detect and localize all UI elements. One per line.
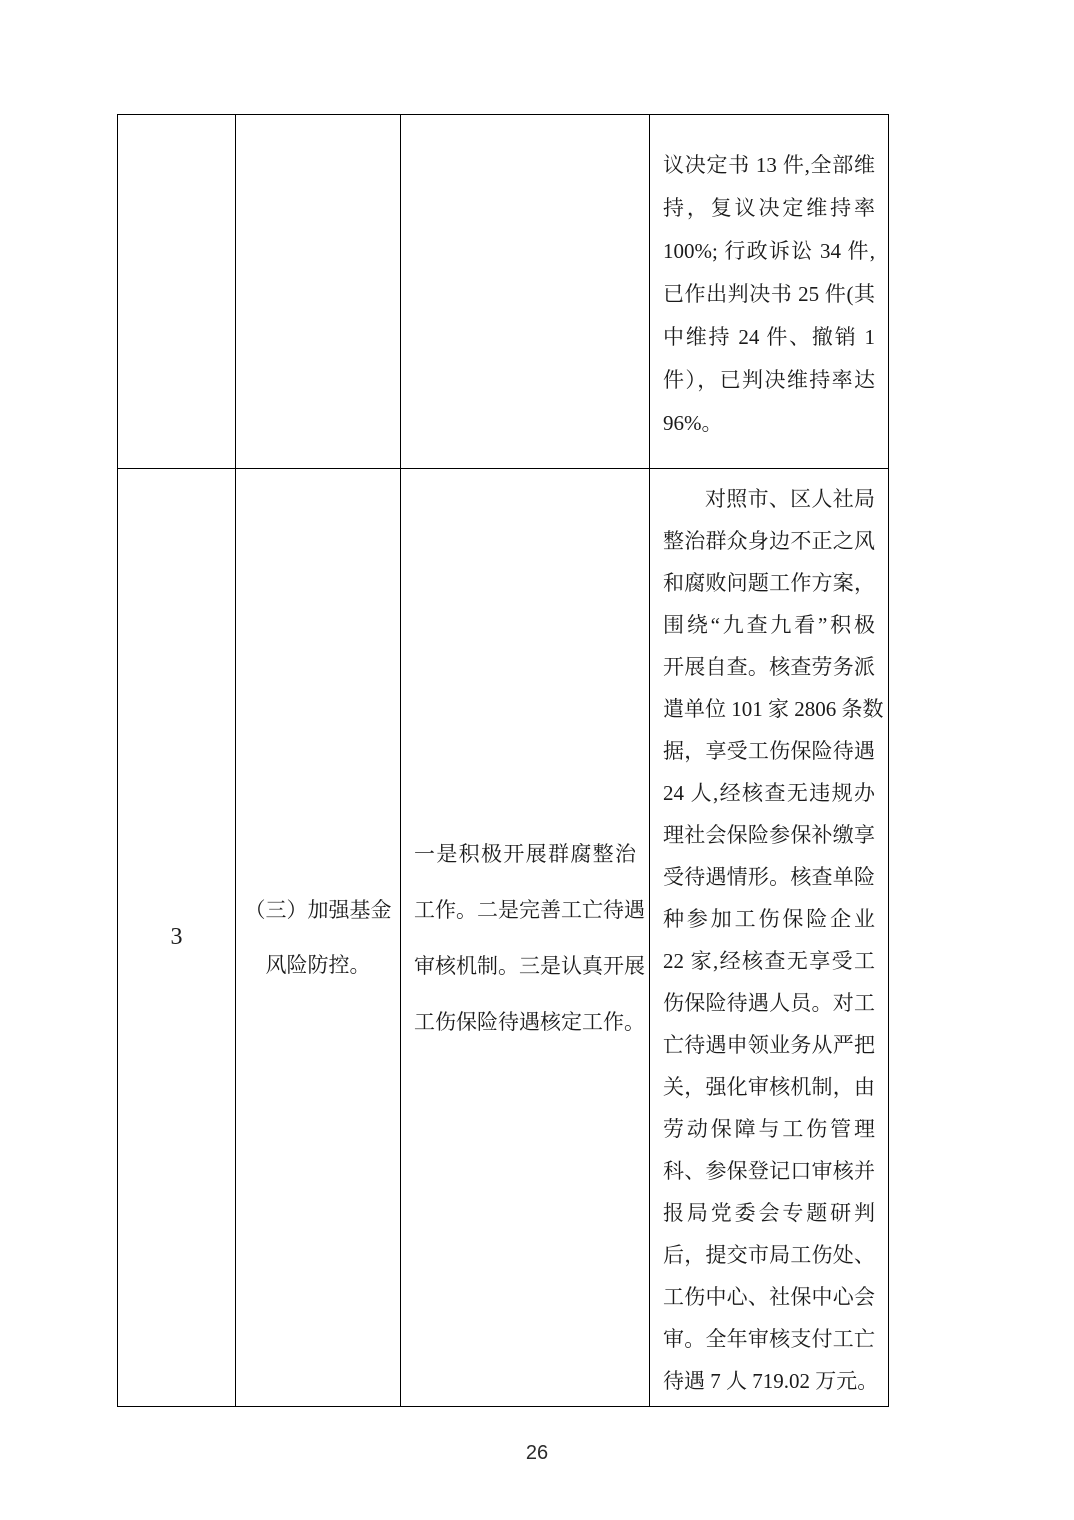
text-line: 96%。 <box>663 402 875 445</box>
text-line: 遣单位 101 家 2806 条数 <box>663 688 875 730</box>
document-page: 议决定书 13 件,全部维持，复议决定维持率100%; 行政诉讼 34 件,已作… <box>0 0 1074 1520</box>
category-lines: （三）加强基金风险防控。 <box>242 883 394 993</box>
text-line: 件），已判决维持率达 <box>663 359 875 402</box>
cell-category: （三）加强基金风险防控。 <box>236 469 401 1407</box>
text-line: 种参加工伤保险企业 <box>663 898 875 940</box>
text-line: 24 人,经核查无违规办 <box>663 772 875 814</box>
text-line: 持，复议决定维持率 <box>663 187 875 230</box>
text-line: 工伤中心、社保中心会 <box>663 1276 875 1318</box>
text-line: 报局党委会专题研判 <box>663 1192 875 1234</box>
text-line: 据，享受工伤保险待遇 <box>663 730 875 772</box>
text-line: 100%; 行政诉讼 34 件, <box>663 230 875 273</box>
text-line: 开展自查。核查劳务派 <box>663 646 875 688</box>
text-line: 后，提交市局工伤处、 <box>663 1234 875 1276</box>
text-line: 风险防控。 <box>242 938 394 993</box>
text-line: 已作出判决书 25 件(其 <box>663 273 875 316</box>
result-lines: 议决定书 13 件,全部维持，复议决定维持率100%; 行政诉讼 34 件,已作… <box>663 144 875 445</box>
text-line: 伤保险待遇人员。对工 <box>663 982 875 1024</box>
text-line: （三）加强基金 <box>242 883 394 938</box>
text-line: 理社会保险参保补缴享 <box>663 814 875 856</box>
cell-measures-empty <box>401 115 650 469</box>
text-line: 工伤保险待遇核定工作。 <box>414 994 636 1050</box>
text-line: 围绕“九查九看”积极 <box>663 604 875 646</box>
text-line: 待遇 7 人 719.02 万元。 <box>663 1360 875 1402</box>
text-line: 审核机制。三是认真开展 <box>414 938 636 994</box>
text-line: 和腐败问题工作方案， <box>663 562 875 604</box>
text-line: 中维持 24 件、撤销 1 <box>663 316 875 359</box>
text-line: 科、参保登记口审核并 <box>663 1150 875 1192</box>
cell-result: 对照市、区人社局整治群众身边不正之风和腐败问题工作方案，围绕“九查九看”积极开展… <box>650 469 889 1407</box>
cell-measures: 一是积极开展群腐整治工作。二是完善工亡待遇审核机制。三是认真开展工伤保险待遇核定… <box>401 469 650 1407</box>
text-line: 一是积极开展群腐整治 <box>414 826 636 882</box>
text-line: 受待遇情形。核查单险 <box>663 856 875 898</box>
measures-lines: 一是积极开展群腐整治工作。二是完善工亡待遇审核机制。三是认真开展工伤保险待遇核定… <box>414 826 636 1050</box>
text-line: 议决定书 13 件,全部维 <box>663 144 875 187</box>
cell-seq-empty <box>118 115 236 469</box>
table-row-3: 3 （三）加强基金风险防控。 一是积极开展群腐整治工作。二是完善工亡待遇审核机制… <box>118 469 889 1407</box>
text-line: 整治群众身边不正之风 <box>663 520 875 562</box>
text-line: 工作。二是完善工亡待遇 <box>414 882 636 938</box>
table-row-continuation: 议决定书 13 件,全部维持，复议决定维持率100%; 行政诉讼 34 件,已作… <box>118 115 889 469</box>
result-lines: 对照市、区人社局整治群众身边不正之风和腐败问题工作方案，围绕“九查九看”积极开展… <box>663 478 875 1402</box>
page-number: 26 <box>0 1442 1074 1465</box>
report-table: 议决定书 13 件,全部维持，复议决定维持率100%; 行政诉讼 34 件,已作… <box>117 114 889 1407</box>
cell-seq: 3 <box>118 469 236 1407</box>
text-line: 亡待遇申领业务从严把 <box>663 1024 875 1066</box>
text-line: 22 家,经核查无享受工 <box>663 940 875 982</box>
text-line: 对照市、区人社局 <box>663 478 875 520</box>
text-line: 关，强化审核机制，由 <box>663 1066 875 1108</box>
text-line: 劳动保障与工伤管理 <box>663 1108 875 1150</box>
text-line: 审。全年审核支付工亡 <box>663 1318 875 1360</box>
cell-category-empty <box>236 115 401 469</box>
cell-result-continuation: 议决定书 13 件,全部维持，复议决定维持率100%; 行政诉讼 34 件,已作… <box>650 115 889 469</box>
